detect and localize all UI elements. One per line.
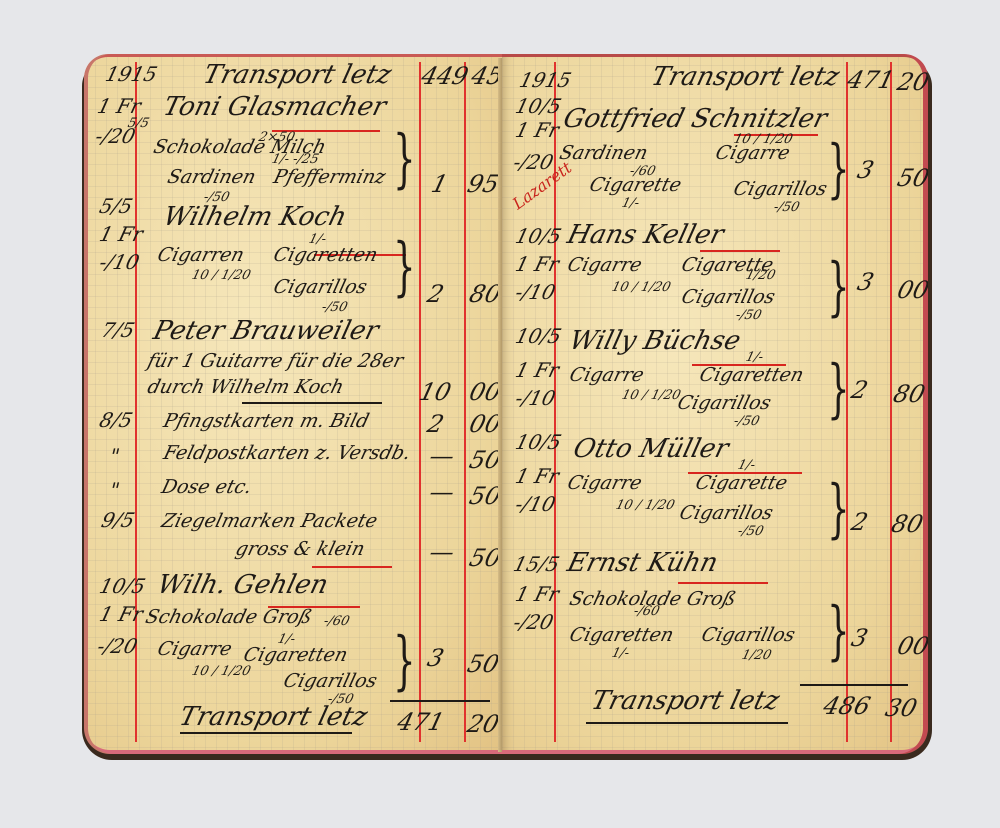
sum-line (390, 700, 490, 702)
item-label: Pfefferminz (271, 166, 388, 188)
brace: } (393, 624, 415, 698)
entry-total: 10 (417, 378, 455, 406)
item-price: 10 / 1/20 (614, 498, 676, 513)
entry-name: Wilh. Gehlen (154, 570, 331, 600)
entry-date: 15/5 (511, 552, 562, 576)
entry-date: 10/5 (513, 430, 564, 454)
entry-date: 5/5 (97, 194, 135, 218)
footer-cents: 30 (883, 694, 921, 722)
item-label: Schokolade Groß (143, 606, 314, 628)
entry-date: 10/5 (513, 324, 564, 348)
item-label: Cigarillos (281, 670, 379, 692)
header-transport-label: Transport letz (648, 62, 842, 92)
ledger-page-right: 1915 Transport letz 471 20 Lazarett 10/5… (502, 54, 928, 754)
footer-amount: 486 (821, 692, 874, 720)
entry-line: Pfingstkarten m. Bild (161, 410, 371, 432)
entry-date: 1 Fr (97, 602, 146, 626)
entry-date: -/20 (511, 150, 556, 174)
item-label: Cigaretten (697, 364, 806, 386)
item-price: -/50 (734, 308, 763, 323)
entry-total: 2 (425, 410, 447, 438)
name-underline (700, 250, 780, 252)
entry-cents: 00 (895, 276, 928, 304)
entry-date: 1 Fr (513, 358, 562, 382)
entry-cents: 80 (467, 280, 502, 308)
cents-rule (464, 62, 466, 742)
entry-cents: 00 (895, 632, 928, 660)
item-label: Sardinen (165, 166, 258, 188)
entry-date: 1 Fr (513, 118, 562, 142)
entry-cents: 50 (467, 544, 502, 572)
item-price: 10 / 1/20 (610, 280, 672, 295)
item-label: Cigarren (155, 244, 246, 266)
entry-total: — (427, 478, 458, 506)
item-price: -/50 (320, 300, 349, 315)
entry-date: -/10 (513, 386, 558, 410)
entry-date: -/20 (511, 610, 556, 634)
entry-line: Dose etc. (159, 476, 254, 498)
entry-date: 1 Fr (95, 94, 144, 118)
divider (242, 402, 382, 404)
header-amount: 449 (419, 62, 472, 90)
item-price: 10 / 1/20 (732, 132, 794, 147)
underline (312, 566, 392, 568)
header-amount: 471 (845, 66, 898, 94)
entry-date: 10/5 (97, 574, 148, 598)
entry-name: Otto Müller (570, 434, 731, 464)
item-label: Cigarette (587, 174, 683, 196)
entry-total: 3 (855, 268, 877, 296)
footer-underline (586, 722, 788, 724)
brace: } (827, 250, 849, 324)
item-label: Cigarillos (731, 178, 829, 200)
entry-line: Feldpostkarten z. Versdb. (161, 442, 413, 464)
entry-cents: 80 (889, 510, 927, 538)
entry-date: 7/5 (99, 318, 137, 342)
ledger-page-left: 1915 Transport letz 449 45 1 Fr -/20 5/5… (84, 54, 502, 754)
sum-line (800, 684, 908, 686)
entry-date: -/10 (513, 492, 558, 516)
header-cents: 20 (895, 68, 928, 96)
entry-date: 8/5 (97, 408, 135, 432)
entry-total: 3 (425, 644, 447, 672)
brace: } (827, 132, 849, 206)
entry-total: 2 (425, 280, 447, 308)
entry-cents: 50 (895, 164, 928, 192)
item-price: -/60 (322, 614, 351, 629)
footer-transport-label: Transport letz (176, 702, 370, 732)
entry-name: Gottfried Schnitzler (560, 104, 830, 134)
item-label: Cigarre (567, 364, 646, 386)
entry-cents: 00 (467, 378, 502, 406)
ditto-mark: " (107, 478, 122, 502)
item-label: Cigarre (155, 638, 234, 660)
footer-cents: 20 (465, 710, 502, 738)
entry-total: 3 (849, 624, 871, 652)
year: 1915 (517, 68, 574, 92)
entry-date: 1 Fr (513, 252, 562, 276)
item-label: Cigarillos (679, 286, 777, 308)
entry-date: 1 Fr (513, 582, 562, 606)
entry-cents: 50 (467, 446, 502, 474)
brace: } (827, 472, 849, 546)
entry-total: 3 (855, 156, 877, 184)
item-price: 1/- -/25 (270, 152, 320, 167)
entry-date: -/20 (95, 634, 140, 658)
entry-cents: 50 (467, 482, 502, 510)
entry-name: Willy Büchse (566, 326, 744, 356)
header-cents: 45 (469, 62, 502, 90)
entry-total: 2 (849, 376, 871, 404)
item-label: Sardinen (557, 142, 650, 164)
entry-name: Peter Brauweiler (150, 316, 382, 346)
item-price: -/50 (772, 200, 801, 215)
item-price: 10 / 1/20 (190, 664, 252, 679)
entry-date: 1 Fr (513, 464, 562, 488)
entry-total: — (427, 538, 458, 566)
entry-total: 1 (429, 170, 451, 198)
footer-underline (180, 732, 352, 734)
entry-name: Ernst Kühn (564, 548, 721, 578)
name-underline (678, 582, 768, 584)
entry-cents: 50 (465, 650, 502, 678)
item-label: Cigarillos (677, 502, 775, 524)
entry-date: 1 Fr (97, 222, 146, 246)
item-label: Cigaretten (241, 644, 350, 666)
entry-name: Toni Glasmacher (160, 92, 389, 122)
item-price: -/50 (732, 414, 761, 429)
entry-name: Hans Keller (564, 220, 727, 250)
entry-date: 10/5 (513, 224, 564, 248)
entry-cents: 95 (465, 170, 502, 198)
item-label: Cigaretten (567, 624, 676, 646)
item-price: 1/- (610, 646, 631, 661)
header-transport-label: Transport letz (200, 60, 394, 90)
item-price: 1/20 (740, 648, 773, 663)
item-label: Cigarre (565, 254, 644, 276)
item-price: 10 / 1/20 (190, 268, 252, 283)
entry-total: 2 (849, 508, 871, 536)
item-label: Cigarillos (699, 624, 797, 646)
side-mark: 5/5 (126, 116, 151, 131)
item-label: Cigarre (565, 472, 644, 494)
item-price: -/50 (736, 524, 765, 539)
entry-name: Wilhelm Koch (160, 202, 349, 232)
entry-date: -/10 (97, 250, 142, 274)
entry-line: für 1 Guitarre für die 28er (145, 350, 405, 372)
entry-cents: 80 (891, 380, 928, 408)
item-label: Cigarillos (271, 276, 369, 298)
footer-transport-label: Transport letz (588, 686, 782, 716)
item-label: Cigarillos (675, 392, 773, 414)
year: 1915 (103, 62, 160, 86)
entry-line: gross & klein (233, 538, 367, 560)
brace: } (827, 594, 849, 668)
entry-total: — (427, 442, 458, 470)
item-price: 1/- (620, 196, 641, 211)
entry-date: -/10 (513, 280, 558, 304)
ditto-mark: " (107, 444, 122, 468)
entry-date: 10/5 (513, 94, 564, 118)
item-price: 1/20 (744, 268, 777, 283)
item-price: -/60 (632, 604, 661, 619)
brace: } (827, 352, 849, 426)
item-label: Cigarette (693, 472, 789, 494)
entry-date: 9/5 (99, 508, 137, 532)
brace: } (393, 122, 415, 196)
item-price: 1/- (736, 458, 757, 473)
item-price: 10 / 1/20 (620, 388, 682, 403)
brace: } (393, 230, 415, 304)
item-price: 1/- (744, 350, 765, 365)
entry-line: durch Wilhelm Koch (145, 376, 346, 398)
footer-amount: 471 (395, 708, 448, 736)
entry-cents: 00 (467, 410, 502, 438)
item-label: Cigaretten (271, 244, 380, 266)
entry-line: Ziegelmarken Packete (159, 510, 380, 532)
